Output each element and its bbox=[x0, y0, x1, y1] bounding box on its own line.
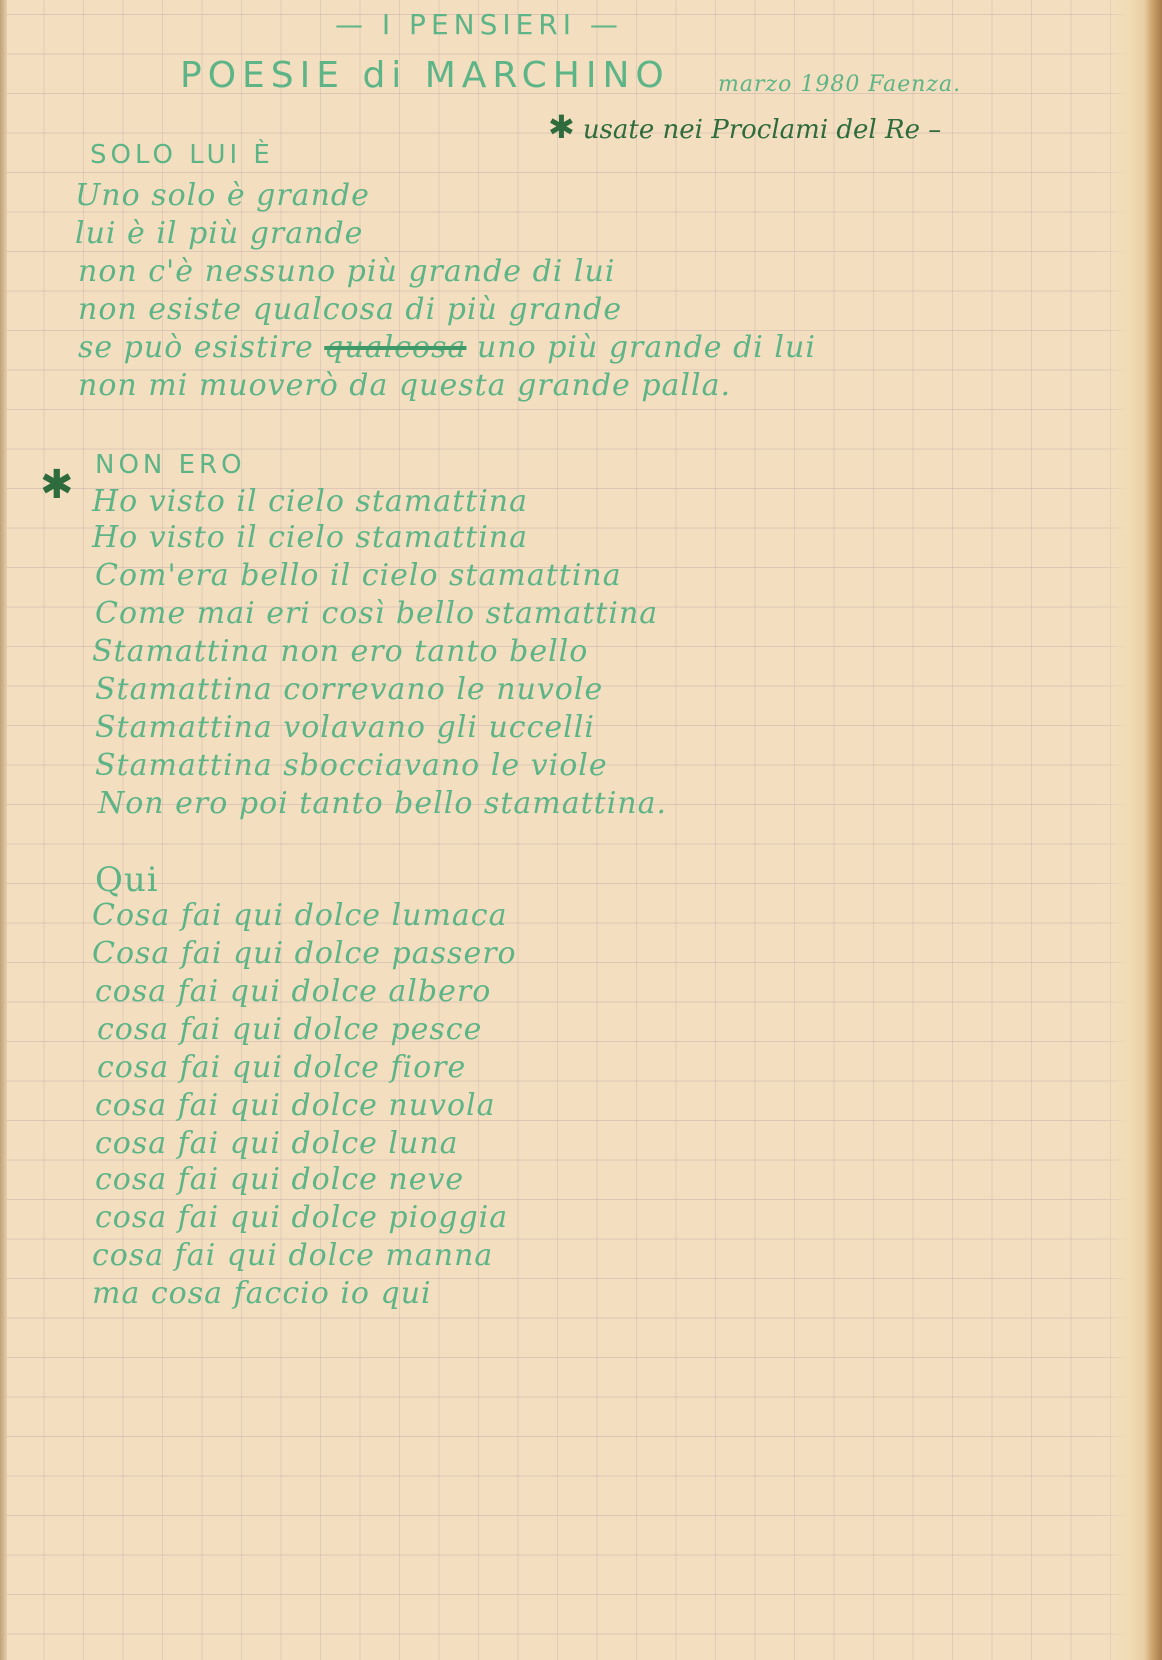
poem-line: lui è il più grande bbox=[75, 216, 363, 251]
usage-note: ✱usate nei Proclami del Re – bbox=[548, 108, 941, 146]
poem-line: se può esistire qualcosa uno più grande … bbox=[78, 330, 816, 365]
poem-line: Ho visto il cielo stamattina bbox=[92, 484, 528, 519]
usage-note-text: usate nei Proclami del Re – bbox=[583, 115, 941, 145]
poem-line: Stamattina non ero tanto bello bbox=[92, 634, 588, 669]
poem-line: cosa fai qui dolce manna bbox=[92, 1238, 493, 1273]
poem-line: non mi muoverò da questa grande palla. bbox=[78, 368, 731, 403]
page-right-edge bbox=[1102, 0, 1162, 1660]
poem-line: cosa fai qui dolce fiore bbox=[97, 1050, 466, 1085]
poem-line-part: uno più grande di lui bbox=[477, 330, 816, 365]
notebook-subtitle: POESIE di MARCHINO bbox=[180, 55, 670, 96]
poem-line: cosa fai qui dolce nuvola bbox=[95, 1088, 496, 1123]
date-place: marzo 1980 Faenza. bbox=[718, 72, 961, 97]
poem-line: Stamattina correvano le nuvole bbox=[95, 672, 603, 707]
poem-title: NON ERO bbox=[95, 450, 246, 480]
poem-line: Uno solo è grande bbox=[75, 178, 370, 213]
poem-line: cosa fai qui dolce luna bbox=[95, 1126, 459, 1161]
poem-line: cosa fai qui dolce neve bbox=[95, 1162, 464, 1197]
poem-title: SOLO LUI È bbox=[90, 140, 274, 170]
poem-line: Stamattina sbocciavano le viole bbox=[95, 748, 608, 783]
poem-line: non c'è nessuno più grande di lui bbox=[78, 254, 615, 289]
asterisk-icon: ✱ bbox=[40, 462, 74, 508]
poem-line: Cosa fai qui dolce passero bbox=[92, 936, 517, 971]
struck-out-word: qualcosa bbox=[324, 330, 466, 365]
poem-line: cosa fai qui dolce pesce bbox=[97, 1012, 482, 1047]
poem-line: Stamattina volavano gli uccelli bbox=[95, 710, 595, 745]
poem-line: Non ero poi tanto bello stamattina. bbox=[98, 786, 667, 821]
poem-line: cosa fai qui dolce pioggia bbox=[95, 1200, 508, 1235]
poem-title: Qui bbox=[95, 860, 159, 900]
poem-line: Come mai eri così bello stamattina bbox=[95, 596, 658, 631]
poem-line-part: se può esistire bbox=[78, 330, 314, 365]
poem-line: Ho visto il cielo stamattina bbox=[92, 520, 528, 555]
notebook-page: — I PENSIERI — POESIE di MARCHINO marzo … bbox=[0, 0, 1162, 1660]
poem-line: Com'era bello il cielo stamattina bbox=[95, 558, 622, 593]
poem-line: cosa fai qui dolce albero bbox=[95, 974, 491, 1009]
asterisk-icon: ✱ bbox=[548, 108, 575, 146]
poem-line: Cosa fai qui dolce lumaca bbox=[92, 898, 508, 933]
page-left-edge bbox=[0, 0, 7, 1660]
poem-line: ma cosa faccio io qui bbox=[92, 1276, 432, 1311]
poem-line: non esiste qualcosa di più grande bbox=[78, 292, 622, 327]
notebook-title: — I PENSIERI — bbox=[335, 8, 623, 41]
